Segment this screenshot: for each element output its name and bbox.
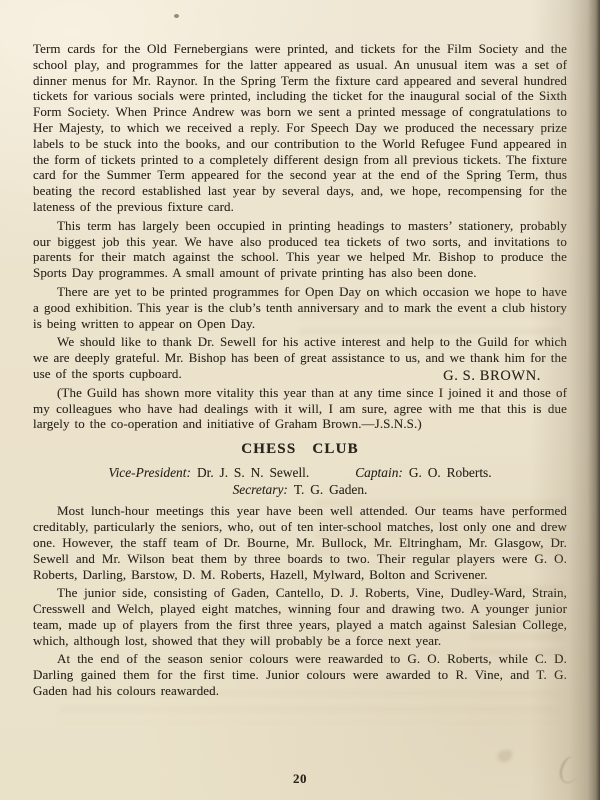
editor-note-paragraph: (The Guild has shown more vitality this … [33, 385, 567, 432]
page-number: 20 [33, 771, 567, 787]
officer-name: Dr. J. S. N. Sewell. [197, 465, 309, 480]
officer-role-label: Vice-President: [108, 465, 191, 480]
guild-paragraph-1: Term cards for the Old Fernebergians wer… [33, 41, 567, 215]
officer-secretary: Secretary:T. G. Gaden. [233, 482, 368, 499]
scanned-page: Term cards for the Old Fernebergians wer… [0, 0, 600, 800]
guild-paragraph-3: There are yet to be printed programmes f… [33, 284, 567, 331]
guild-paragraph-2: This term has largely been occupied in p… [33, 218, 567, 281]
officer-name: G. O. Roberts. [409, 465, 492, 480]
chess-paragraph-2: The junior side, consisting of Gaden, Ca… [33, 585, 567, 648]
officer-name: T. G. Gaden. [294, 482, 368, 497]
officer-captain: Captain:G. O. Roberts. [355, 465, 491, 482]
page-content: Term cards for the Old Fernebergians wer… [33, 41, 567, 702]
author-signature: G. S. BROWN. [443, 368, 541, 385]
chess-paragraph-1: Most lunch-hour meetings this year have … [33, 503, 567, 582]
chess-paragraph-3: At the end of the season senior colours … [33, 651, 567, 698]
officers-line-1: Vice-President:Dr. J. S. N. Sewell. Capt… [33, 465, 567, 482]
officer-role-label: Secretary: [233, 482, 288, 497]
officer-role-label: Captain: [355, 465, 403, 480]
scan-speck [174, 14, 179, 18]
section-title: CHESS CLUB [33, 441, 567, 458]
officers-line-2: Secretary:T. G. Gaden. [33, 482, 567, 499]
scan-smudge [498, 750, 512, 762]
guild-closing-block: We should like to thank Dr. Sewell for h… [33, 334, 567, 381]
officer-vice-president: Vice-President:Dr. J. S. N. Sewell. [108, 465, 309, 482]
